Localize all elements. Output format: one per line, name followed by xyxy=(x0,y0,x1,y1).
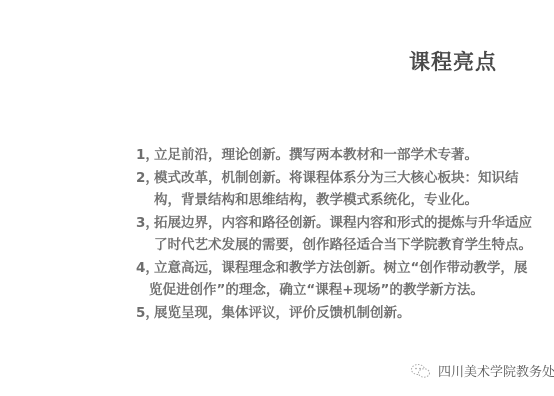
watermark-text: 四川美术学院教务处 xyxy=(438,361,554,380)
item-number: 3， xyxy=(136,212,154,235)
wechat-icon xyxy=(410,363,432,379)
item-number: 4， xyxy=(136,257,154,280)
list-item: 4，立意高远，课程理念和教学方法创新。树立“创作带动教学，展览促进创作”的理念，… xyxy=(136,257,536,302)
item-number: 1， xyxy=(136,144,154,167)
item-text: 立意高远，课程理念和教学方法创新。树立“创作带动教学，展览促进创作”的理念，确立… xyxy=(149,260,527,299)
list-item: 1，立足前沿，理论创新。撰写两本教材和一部学术专著。 xyxy=(136,144,536,167)
item-number: 5， xyxy=(136,302,154,325)
item-text: 展览呈现，集体评议，评价反馈机制创新。 xyxy=(154,305,411,321)
item-text: 模式改革，机制创新。将课程体系分为三大核心板块：知识结构，背景结构和思维结构，教… xyxy=(154,170,519,209)
list-item: 2，模式改革，机制创新。将课程体系分为三大核心板块：知识结构，背景结构和思维结构… xyxy=(136,167,536,212)
item-number: 2， xyxy=(136,167,154,190)
watermark: 四川美术学院教务处 xyxy=(410,361,554,380)
highlights-list: 1，立足前沿，理论创新。撰写两本教材和一部学术专著。 2，模式改革，机制创新。将… xyxy=(136,144,536,324)
list-item: 5，展览呈现，集体评议，评价反馈机制创新。 xyxy=(136,302,536,325)
list-item: 3，拓展边界，内容和路径创新。课程内容和形式的提炼与升华适应了时代艺术发展的需要… xyxy=(136,212,536,257)
item-text: 立足前沿，理论创新。撰写两本教材和一部学术专著。 xyxy=(154,147,478,163)
slide: 课程亮点 1，立足前沿，理论创新。撰写两本教材和一部学术专著。 2，模式改革，机… xyxy=(0,0,554,396)
item-text: 拓展边界，内容和路径创新。课程内容和形式的提炼与升华适应了时代艺术发展的需要，创… xyxy=(154,215,532,254)
slide-title: 课程亮点 xyxy=(409,46,497,76)
